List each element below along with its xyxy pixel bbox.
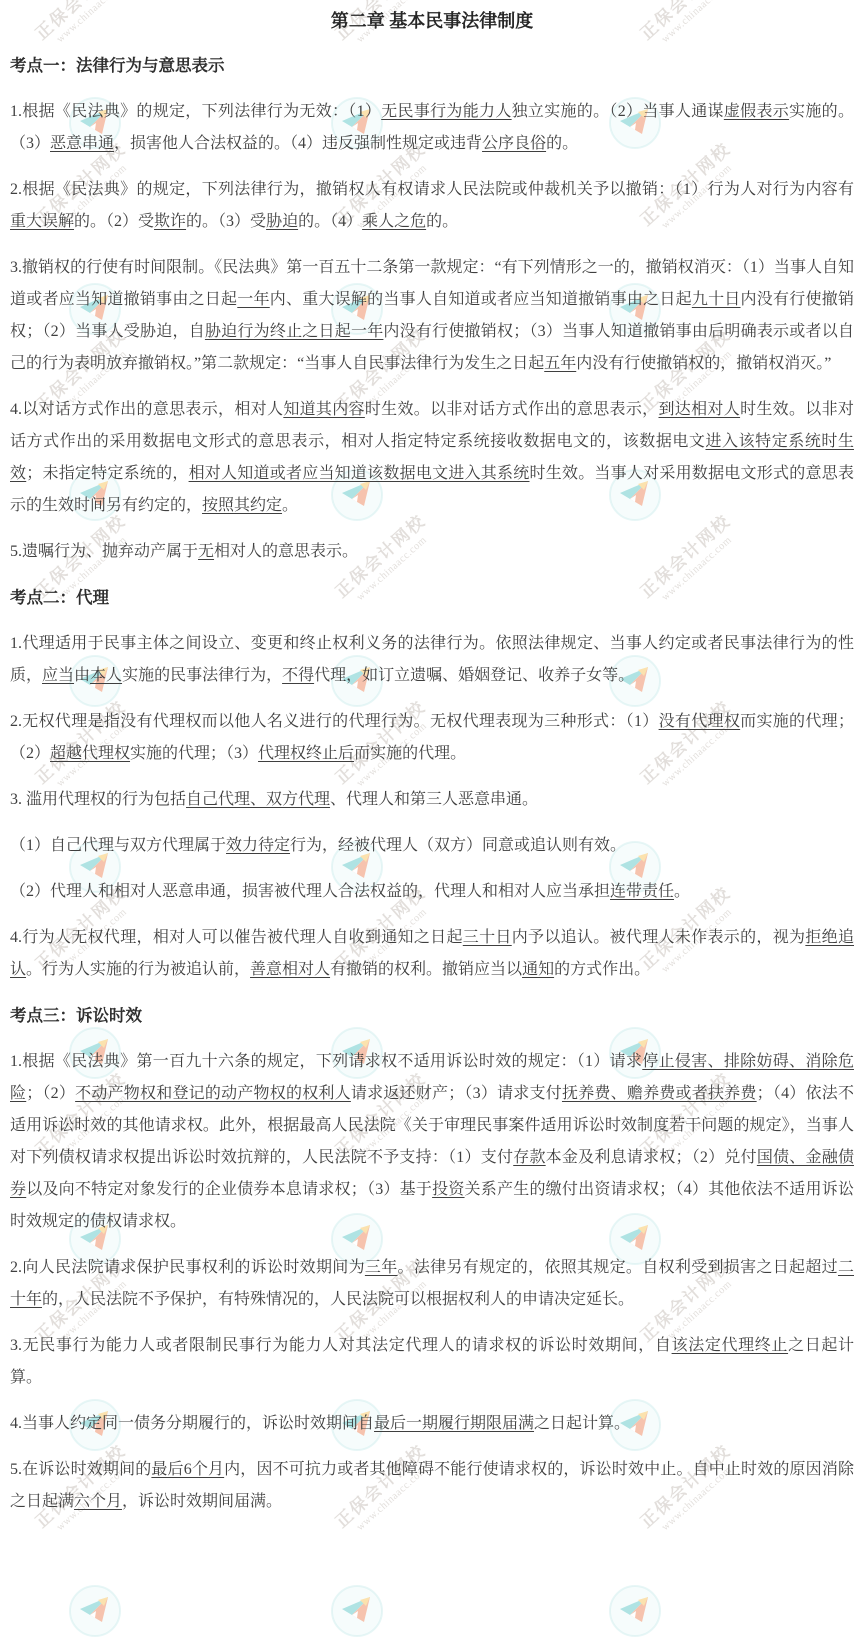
paragraph: 5.在诉讼时效期间的最后6个月内，因不可抗力或者其他障碍不能行使请求权的，诉讼时… [10, 1454, 854, 1518]
underlined-phrase: 应当 [42, 667, 74, 684]
underlined-phrase: 善意相对人 [250, 961, 330, 978]
underlined-phrase: 最后一期履行期限届满 [374, 1415, 534, 1432]
underlined-phrase: 九十日 [692, 291, 741, 308]
brand-logo-icon [608, 1584, 662, 1638]
underlined-phrase: 无 [198, 543, 214, 560]
underlined-phrase: 六个月 [74, 1493, 122, 1510]
underlined-phrase: 一年 [237, 291, 269, 308]
underlined-phrase: 恶意串通 [50, 135, 114, 152]
paragraph: 5.遗嘱行为、抛弃动产属于无相对人的意思表示。 [10, 536, 854, 568]
underlined-phrase: 自己代理、双方代理 [186, 791, 330, 808]
underlined-phrase: 乘人之危 [362, 213, 426, 230]
underlined-phrase: 不动产物权和登记的动产物权的权利人 [75, 1085, 351, 1102]
underlined-phrase: 无民事行为能力人 [381, 103, 511, 120]
page-title: 第二章 基本民事法律制度 [10, 6, 854, 36]
underlined-phrase: 公序良俗 [482, 135, 546, 152]
paragraph: 3. 滥用代理权的行为包括自己代理、双方代理、代理人和第三人恶意串通。 [10, 784, 854, 816]
paragraph: 4.行为人无权代理，相对人可以催告被代理人自收到通知之日起三十日内予以追认。被代… [10, 922, 854, 986]
underlined-phrase: 最后6个月 [151, 1461, 224, 1478]
underlined-phrase: 三年 [365, 1259, 398, 1276]
paragraph: 2.无权代理是指没有代理权而以他人名义进行的代理行为。无权代理表现为三种形式：（… [10, 706, 854, 770]
underlined-phrase: 本人 [90, 667, 122, 684]
underlined-phrase: 虚假表示 [724, 103, 789, 120]
underlined-phrase: 投资 [432, 1181, 464, 1198]
underlined-phrase: 没有代理权 [659, 713, 741, 730]
brand-logo-icon [330, 1584, 384, 1638]
paragraph: 1.根据《民法典》的规定，下列法律行为无效：（1）无民事行为能力人独立实施的。（… [10, 96, 854, 160]
paragraph: 3.无民事行为能力人或者限制民事行为能力人对其法定代理人的请求权的诉讼时效期间，… [10, 1330, 854, 1394]
underlined-phrase: 通知 [522, 961, 554, 978]
section-heading-3: 考点三：诉讼时效 [10, 1000, 854, 1032]
underlined-phrase: 胁迫行为终止之日起一年 [205, 323, 383, 340]
underlined-phrase: 抚养费、赡养费或者扶养费 [562, 1085, 757, 1102]
underlined-phrase: 存款 [513, 1149, 545, 1166]
underlined-phrase: 效力待定 [226, 837, 290, 854]
section-heading-2: 考点二：代理 [10, 582, 854, 614]
document-page: 正保会计网校www.chinaacc.com正保会计网校www.chinaacc… [0, 0, 864, 1638]
underlined-phrase: 代理权终止后 [258, 745, 354, 762]
underlined-phrase: 相对人知道或者应当知道该数据电文进入其系统 [189, 465, 530, 482]
document-body: 考点一：法律行为与意思表示1.根据《民法典》的规定，下列法律行为无效：（1）无民… [10, 50, 854, 1518]
section-heading-1: 考点一：法律行为与意思表示 [10, 50, 854, 82]
underlined-phrase: 胁迫 [266, 213, 298, 230]
paragraph: 4.以对话方式作出的意思表示，相对人知道其内容时生效。以非对话方式作出的意思表示… [10, 394, 854, 522]
underlined-phrase: 连带责任 [610, 883, 674, 900]
paragraph: （2）代理人和相对人恶意串通，损害被代理人合法权益的，代理人和相对人应当承担连带… [10, 876, 854, 908]
underlined-phrase: 不得 [282, 667, 314, 684]
underlined-phrase: 按照其约定 [202, 497, 282, 514]
brand-logo-icon [68, 1584, 122, 1638]
paragraph: （1）自己代理与双方代理属于效力待定行为，经被代理人（双方）同意或追认则有效。 [10, 830, 854, 862]
paragraph: 1.代理适用于民事主体之间设立、变更和终止权利义务的法律行为。依照法律规定、当事… [10, 628, 854, 692]
underlined-phrase: 到达相对人 [659, 401, 741, 418]
underlined-phrase: 知道其内容 [283, 401, 365, 418]
underlined-phrase: 三十日 [463, 929, 512, 946]
paragraph: 4.当事人约定同一债务分期履行的，诉讼时效期间自最后一期履行期限届满之日起计算。 [10, 1408, 854, 1440]
paragraph: 2.根据《民法典》的规定，下列法律行为，撤销权人有权请求人民法院或仲裁机关予以撤… [10, 174, 854, 238]
document-content: 第二章 基本民事法律制度 考点一：法律行为与意思表示1.根据《民法典》的规定，下… [0, 0, 864, 1518]
underlined-phrase: 重大误解 [10, 213, 74, 230]
paragraph: 2.向人民法院请求保护民事权利的诉讼时效期间为三年。法律另有规定的，依照其规定。… [10, 1252, 854, 1316]
paragraph: 1.根据《民法典》第一百九十六条的规定，下列请求权不适用诉讼时效的规定：（1）请… [10, 1046, 854, 1238]
paragraph: 3.撤销权的行使有时间限制。《民法典》第一百五十二条第一款规定：“有下列情形之一… [10, 252, 854, 380]
underlined-phrase: 超越代理权 [50, 745, 130, 762]
underlined-phrase: 欺诈 [154, 213, 186, 230]
underlined-phrase: 该法定代理终止 [672, 1337, 788, 1354]
underlined-phrase: 五年 [544, 355, 576, 372]
